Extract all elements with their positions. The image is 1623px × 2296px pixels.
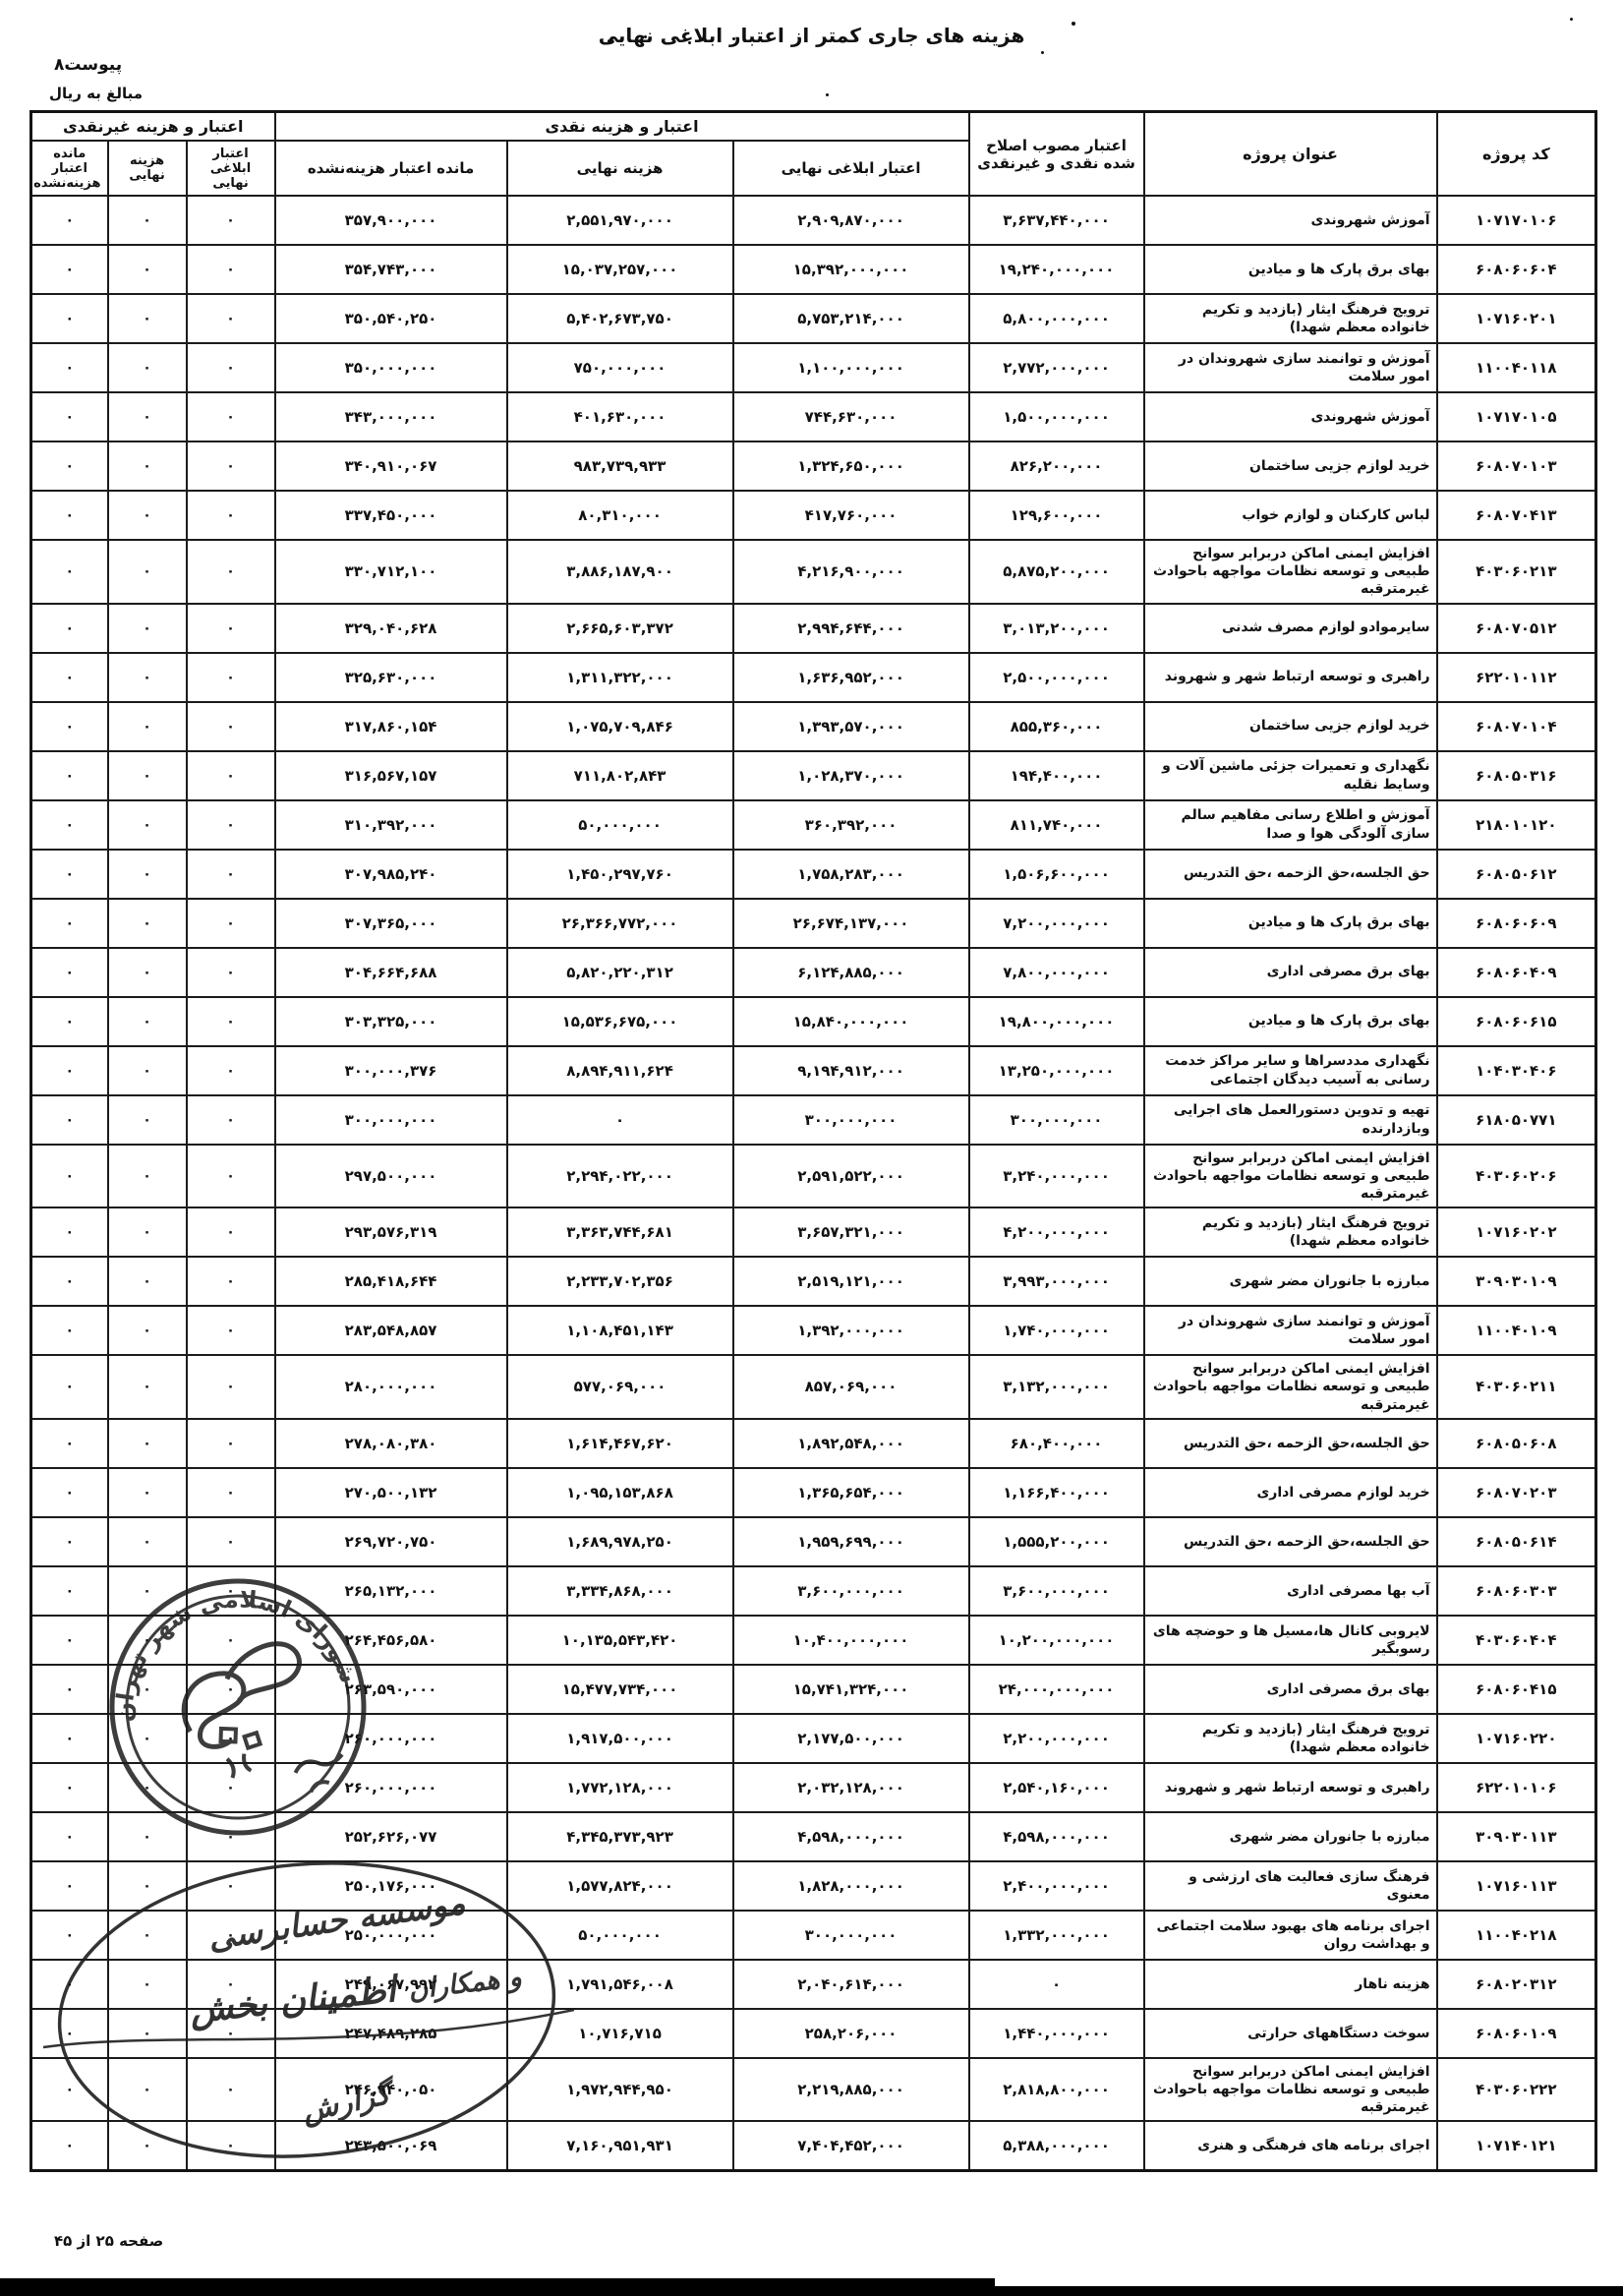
cell-cash-final-expense: ۱,۹۷۲,۹۴۴,۹۵۰	[507, 2058, 733, 2122]
cell-cash-final-expense: ۷,۱۶۰,۹۵۱,۹۳۱	[507, 2121, 733, 2170]
cell-cash-remaining: ۳۳۰,۷۱۲,۱۰۰	[275, 540, 507, 604]
cell-noncash-final-credit: ۰	[187, 997, 275, 1046]
cell-noncash-remaining: ۰	[31, 2121, 108, 2170]
table-row: ۶۰۸۰۵۰۶۱۲ حق الجلسه،حق الزحمه ،حق التدری…	[31, 850, 1596, 899]
cell-noncash-remaining: ۰	[31, 442, 108, 491]
scan-noise-dot	[1072, 22, 1075, 26]
cell-noncash-remaining: ۰	[31, 1566, 108, 1616]
cell-project-code: ۶۰۸۰۶۰۳۰۳	[1437, 1566, 1596, 1616]
cell-cash-final-credit: ۱,۷۵۸,۲۸۳,۰۰۰	[733, 850, 969, 899]
cell-noncash-final-credit: ۰	[187, 653, 275, 702]
cell-project-title: بهای برق پارک ها و میادین	[1144, 245, 1437, 294]
cell-cash-remaining: ۲۶۹,۷۲۰,۷۵۰	[275, 1517, 507, 1566]
table-row: ۶۱۸۰۵۰۷۷۱ تهیه و تدوین دستورالعمل های اج…	[31, 1095, 1596, 1145]
cell-cash-final-credit: ۱,۳۲۴,۶۵۰,۰۰۰	[733, 442, 969, 491]
cell-project-code: ۶۰۸۰۷۰۲۰۳	[1437, 1468, 1596, 1517]
scan-noise-dot	[644, 35, 647, 38]
table-row: ۶۰۸۰۵۰۳۱۶ نگهداری و تعمیرات جزئی ماشین آ…	[31, 751, 1596, 800]
table-row: ۶۰۸۰۶۰۳۰۳ آب بها مصرفی اداری ۳,۶۰۰,۰۰۰,۰…	[31, 1566, 1596, 1616]
table-row: ۱۰۷۱۶۰۲۲۰ ترویج فرهنگ ایثار (بازدید و تک…	[31, 1714, 1596, 1763]
cell-cash-final-credit: ۲,۲۱۹,۸۸۵,۰۰۰	[733, 2058, 969, 2122]
cell-approved-credit: ۳۰۰,۰۰۰,۰۰۰	[969, 1095, 1144, 1145]
cell-approved-credit: ۱۹,۲۴۰,۰۰۰,۰۰۰	[969, 245, 1144, 294]
cell-noncash-remaining: ۰	[31, 997, 108, 1046]
table-row: ۳۰۹۰۳۰۱۰۹ مبارزه با جانوران مضر شهری ۳,۹…	[31, 1257, 1596, 1306]
cell-project-code: ۴۰۳۰۶۰۲۱۱	[1437, 1355, 1596, 1419]
cell-noncash-final-expense: ۰	[108, 653, 187, 702]
cell-project-title: اجرای برنامه های فرهنگی و هنری	[1144, 2121, 1437, 2170]
cell-cash-final-expense: ۲۶,۳۶۶,۷۷۲,۰۰۰	[507, 899, 733, 948]
cell-cash-final-credit: ۲۶,۶۷۴,۱۳۷,۰۰۰	[733, 899, 969, 948]
cell-noncash-remaining: ۰	[31, 702, 108, 751]
col-header-noncash-final-credit: اعتبار ابلاغی نهایی	[187, 141, 275, 196]
cell-project-code: ۶۲۲۰۱۰۱۰۶	[1437, 1763, 1596, 1812]
cell-approved-credit: ۲۴,۰۰۰,۰۰۰,۰۰۰	[969, 1665, 1144, 1714]
cell-cash-remaining: ۲۴۳,۵۰۰,۰۶۹	[275, 2121, 507, 2170]
cell-approved-credit: ۱,۱۶۶,۴۰۰,۰۰۰	[969, 1468, 1144, 1517]
cell-project-code: ۶۰۸۰۵۰۳۱۶	[1437, 751, 1596, 800]
cell-cash-final-expense: ۷۱۱,۸۰۲,۸۴۳	[507, 751, 733, 800]
table-row: ۶۰۸۰۵۰۶۱۴ حق الجلسه،حق الزحمه ،حق التدری…	[31, 1517, 1596, 1566]
group-header-noncash: اعتبار و هزینه غیرنقدی	[31, 112, 275, 142]
cell-cash-remaining: ۲۵۲,۶۲۶,۰۷۷	[275, 1812, 507, 1861]
col-header-noncash-final-expense: هزینه نهایی	[108, 141, 187, 196]
cell-project-title: راهبری و توسعه ارتباط شهر و شهروند	[1144, 653, 1437, 702]
cell-noncash-remaining: ۰	[31, 1046, 108, 1095]
cell-noncash-final-expense: ۰	[108, 392, 187, 442]
cell-cash-final-expense: ۳,۳۶۳,۷۴۴,۶۸۱	[507, 1207, 733, 1257]
cell-noncash-final-credit: ۰	[187, 1665, 275, 1714]
cell-cash-final-credit: ۱,۳۹۳,۵۷۰,۰۰۰	[733, 702, 969, 751]
cell-noncash-remaining: ۰	[31, 604, 108, 653]
cell-noncash-remaining: ۰	[31, 1355, 108, 1419]
cell-noncash-final-credit: ۰	[187, 1145, 275, 1208]
cell-project-title: بهای برق مصرفی اداری	[1144, 948, 1437, 997]
cell-noncash-remaining: ۰	[31, 1517, 108, 1566]
cell-approved-credit: ۱۲۹,۶۰۰,۰۰۰	[969, 491, 1144, 540]
cell-cash-remaining: ۳۵۷,۹۰۰,۰۰۰	[275, 196, 507, 245]
cell-project-code: ۱۰۷۱۷۰۱۰۶	[1437, 196, 1596, 245]
cell-noncash-remaining: ۰	[31, 1257, 108, 1306]
cell-approved-credit: ۱,۵۰۶,۶۰۰,۰۰۰	[969, 850, 1144, 899]
cell-project-title: حق الجلسه،حق الزحمه ،حق التدریس	[1144, 1419, 1437, 1468]
cell-cash-remaining: ۲۶۴,۴۵۶,۵۸۰	[275, 1616, 507, 1665]
col-header-project-code: کد پروژه	[1437, 112, 1596, 197]
cell-noncash-final-credit: ۰	[187, 1517, 275, 1566]
cell-approved-credit: ۲,۸۱۸,۸۰۰,۰۰۰	[969, 2058, 1144, 2122]
cell-noncash-final-expense: ۰	[108, 850, 187, 899]
cell-cash-final-expense: ۱,۶۱۴,۴۶۷,۶۲۰	[507, 1419, 733, 1468]
table-row: ۱۰۷۱۷۰۱۰۵ آموزش شهروندی ۱,۵۰۰,۰۰۰,۰۰۰ ۷۴…	[31, 392, 1596, 442]
cell-noncash-remaining: ۰	[31, 948, 108, 997]
cell-cash-final-credit: ۳,۶۰۰,۰۰۰,۰۰۰	[733, 1566, 969, 1616]
cell-approved-credit: ۸۵۵,۳۶۰,۰۰۰	[969, 702, 1144, 751]
cell-cash-remaining: ۳۲۹,۰۴۰,۶۲۸	[275, 604, 507, 653]
cell-cash-final-expense: ۲,۲۹۴,۰۲۲,۰۰۰	[507, 1145, 733, 1208]
table-row: ۶۰۸۰۷۰۵۱۲ سایرموادو لوازم مصرف شدنی ۳,۰۱…	[31, 604, 1596, 653]
cell-cash-remaining: ۲۵۰,۰۰۰,۰۰۰	[275, 1911, 507, 1960]
cell-noncash-final-credit: ۰	[187, 1355, 275, 1419]
cell-cash-final-expense: ۵,۴۰۲,۶۷۳,۷۵۰	[507, 294, 733, 343]
cell-cash-final-credit: ۱,۳۶۵,۶۵۴,۰۰۰	[733, 1468, 969, 1517]
table-row: ۴۰۳۰۶۰۴۰۴ لایروبی کانال ها،مسیل ها و حوض…	[31, 1616, 1596, 1665]
cell-noncash-final-credit: ۰	[187, 196, 275, 245]
cell-approved-credit: ۲,۷۷۲,۰۰۰,۰۰۰	[969, 343, 1144, 392]
cell-noncash-remaining: ۰	[31, 294, 108, 343]
cell-cash-remaining: ۲۴۷,۴۸۹,۲۸۵	[275, 2009, 507, 2058]
cell-project-title: مبارزه با جانوران مضر شهری	[1144, 1257, 1437, 1306]
scan-noise-dot	[826, 93, 829, 96]
attachment-label: پیوست۸	[54, 55, 122, 75]
cell-project-code: ۱۱۰۰۴۰۲۱۸	[1437, 1911, 1596, 1960]
cell-project-code: ۴۰۳۰۶۰۴۰۴	[1437, 1616, 1596, 1665]
cell-approved-credit: ۸۲۶,۲۰۰,۰۰۰	[969, 442, 1144, 491]
cell-approved-credit: ۳,۲۴۰,۰۰۰,۰۰۰	[969, 1145, 1144, 1208]
cell-project-code: ۱۱۰۰۴۰۱۰۹	[1437, 1306, 1596, 1355]
cell-noncash-final-expense: ۰	[108, 948, 187, 997]
table-row: ۱۰۷۱۷۰۱۰۶ آموزش شهروندی ۳,۶۳۷,۴۴۰,۰۰۰ ۲,…	[31, 196, 1596, 245]
cell-cash-final-credit: ۱,۳۹۲,۰۰۰,۰۰۰	[733, 1306, 969, 1355]
cell-noncash-remaining: ۰	[31, 1911, 108, 1960]
cell-noncash-final-credit: ۰	[187, 1306, 275, 1355]
cell-cash-remaining: ۳۵۴,۷۴۳,۰۰۰	[275, 245, 507, 294]
cell-cash-final-credit: ۲,۹۰۹,۸۷۰,۰۰۰	[733, 196, 969, 245]
cell-cash-final-expense: ۱,۴۵۰,۲۹۷,۷۶۰	[507, 850, 733, 899]
cell-cash-final-credit: ۱۰,۴۰۰,۰۰۰,۰۰۰	[733, 1616, 969, 1665]
cell-cash-final-credit: ۸۵۷,۰۶۹,۰۰۰	[733, 1355, 969, 1419]
cell-approved-credit: ۲,۵۰۰,۰۰۰,۰۰۰	[969, 653, 1144, 702]
cell-project-title: آموزش شهروندی	[1144, 392, 1437, 442]
cell-cash-final-expense: ۵۰,۰۰۰,۰۰۰	[507, 1911, 733, 1960]
cell-approved-credit: ۳,۱۳۲,۰۰۰,۰۰۰	[969, 1355, 1144, 1419]
cell-cash-final-expense: ۴۰۱,۶۳۰,۰۰۰	[507, 392, 733, 442]
table-row: ۱۰۷۱۴۰۱۲۱ اجرای برنامه های فرهنگی و هنری…	[31, 2121, 1596, 2170]
cell-project-title: لایروبی کانال ها،مسیل ها و حوضچه های رسو…	[1144, 1616, 1437, 1665]
cell-noncash-final-credit: ۰	[187, 294, 275, 343]
group-header-cash: اعتبار و هزینه نقدی	[275, 112, 969, 142]
cell-noncash-final-credit: ۰	[187, 702, 275, 751]
cell-cash-final-expense: ۲,۶۶۵,۶۰۳,۳۷۲	[507, 604, 733, 653]
cell-noncash-final-credit: ۰	[187, 800, 275, 850]
cell-project-title: نگهداری و تعمیرات جزئی ماشین آلات و وسای…	[1144, 751, 1437, 800]
cell-noncash-remaining: ۰	[31, 850, 108, 899]
cell-noncash-final-expense: ۰	[108, 196, 187, 245]
cell-project-code: ۱۰۷۱۶۰۲۰۲	[1437, 1207, 1596, 1257]
cell-cash-remaining: ۳۴۳,۰۰۰,۰۰۰	[275, 392, 507, 442]
cell-noncash-final-credit: ۰	[187, 1861, 275, 1911]
cell-noncash-final-credit: ۰	[187, 1763, 275, 1812]
cell-cash-final-credit: ۴,۲۱۶,۹۰۰,۰۰۰	[733, 540, 969, 604]
cell-noncash-final-credit: ۰	[187, 1812, 275, 1861]
cell-cash-final-expense: ۱۰,۱۳۵,۵۴۳,۴۲۰	[507, 1616, 733, 1665]
cell-cash-final-expense: ۲,۵۵۱,۹۷۰,۰۰۰	[507, 196, 733, 245]
cell-cash-final-credit: ۳,۶۵۷,۳۲۱,۰۰۰	[733, 1207, 969, 1257]
cell-noncash-final-credit: ۰	[187, 540, 275, 604]
cell-noncash-final-expense: ۰	[108, 2121, 187, 2170]
cell-noncash-final-credit: ۰	[187, 1207, 275, 1257]
cell-cash-final-credit: ۱,۰۲۸,۳۷۰,۰۰۰	[733, 751, 969, 800]
scan-noise-dot	[1570, 18, 1573, 21]
cell-cash-final-credit: ۲,۱۷۷,۵۰۰,۰۰۰	[733, 1714, 969, 1763]
table-row: ۲۱۸۰۱۰۱۲۰ آموزش و اطلاع رسانی مفاهیم سال…	[31, 800, 1596, 850]
cell-cash-final-expense: ۹۸۳,۷۳۹,۹۳۳	[507, 442, 733, 491]
cell-project-title: آموزش و توانمند سازی شهروندان در امور سل…	[1144, 343, 1437, 392]
cell-noncash-final-credit: ۰	[187, 245, 275, 294]
table-row: ۶۰۸۰۶۰۶۱۵ بهای برق پارک ها و میادین ۱۹,۸…	[31, 997, 1596, 1046]
cell-noncash-remaining: ۰	[31, 1812, 108, 1861]
cell-cash-final-expense: ۱,۶۸۹,۹۷۸,۲۵۰	[507, 1517, 733, 1566]
cell-project-title: هزینه ناهار	[1144, 1960, 1437, 2009]
cell-project-title: خرید لوازم جزیی ساختمان	[1144, 442, 1437, 491]
table-row: ۱۰۷۱۶۰۱۱۳ فرهنگ سازی فعالیت های ارزشی و …	[31, 1861, 1596, 1911]
table-row: ۶۲۲۰۱۰۱۱۲ راهبری و توسعه ارتباط شهر و شه…	[31, 653, 1596, 702]
cell-project-code: ۱۰۷۱۷۰۱۰۵	[1437, 392, 1596, 442]
cell-project-title: سوخت دستگاههای حرارتی	[1144, 2009, 1437, 2058]
cell-project-title: حق الجلسه،حق الزحمه ،حق التدریس	[1144, 850, 1437, 899]
cell-noncash-final-expense: ۰	[108, 2009, 187, 2058]
cell-approved-credit: ۵,۸۰۰,۰۰۰,۰۰۰	[969, 294, 1144, 343]
cell-noncash-remaining: ۰	[31, 196, 108, 245]
cell-noncash-final-expense: ۰	[108, 1960, 187, 2009]
cell-noncash-remaining: ۰	[31, 2009, 108, 2058]
cell-cash-remaining: ۲۴۹,۰۶۷,۹۹۲	[275, 1960, 507, 2009]
cell-cash-remaining: ۳۰۳,۳۲۵,۰۰۰	[275, 997, 507, 1046]
cell-project-code: ۱۰۷۱۶۰۲۲۰	[1437, 1714, 1596, 1763]
cell-noncash-final-expense: ۰	[108, 1665, 187, 1714]
cell-noncash-final-expense: ۰	[108, 1861, 187, 1911]
cell-noncash-final-expense: ۰	[108, 899, 187, 948]
cell-noncash-final-expense: ۰	[108, 2058, 187, 2122]
cell-cash-final-expense: ۱,۷۹۱,۵۴۶,۰۰۸	[507, 1960, 733, 2009]
cell-project-title: افزایش ایمنی اماکن دربرابر سوانح طبیعی و…	[1144, 1145, 1437, 1208]
cell-cash-remaining: ۲۷۰,۵۰۰,۱۳۲	[275, 1468, 507, 1517]
cell-noncash-remaining: ۰	[31, 1665, 108, 1714]
cell-noncash-final-credit: ۰	[187, 1911, 275, 1960]
cell-cash-final-credit: ۱,۶۳۶,۹۵۲,۰۰۰	[733, 653, 969, 702]
cell-project-title: اجرای برنامه های بهبود سلامت اجتماعی و ب…	[1144, 1911, 1437, 1960]
cell-cash-final-credit: ۱,۹۵۹,۶۹۹,۰۰۰	[733, 1517, 969, 1566]
cell-approved-credit: ۳,۰۱۳,۲۰۰,۰۰۰	[969, 604, 1144, 653]
table-row: ۶۰۸۰۶۰۱۰۹ سوخت دستگاههای حرارتی ۱,۴۴۰,۰۰…	[31, 2009, 1596, 2058]
cell-noncash-remaining: ۰	[31, 800, 108, 850]
cell-project-code: ۶۰۸۰۶۰۶۱۵	[1437, 997, 1596, 1046]
scan-noise-dot	[732, 37, 735, 40]
cell-cash-remaining: ۲۶۵,۱۳۲,۰۰۰	[275, 1566, 507, 1616]
cell-noncash-final-expense: ۰	[108, 1566, 187, 1616]
cell-project-code: ۶۰۸۰۶۰۴۰۹	[1437, 948, 1596, 997]
cell-cash-final-credit: ۲,۵۱۹,۱۲۱,۰۰۰	[733, 1257, 969, 1306]
cell-noncash-remaining: ۰	[31, 343, 108, 392]
table-row: ۶۰۸۰۶۰۴۱۵ بهای برق مصرفی اداری ۲۴,۰۰۰,۰۰…	[31, 1665, 1596, 1714]
cell-noncash-remaining: ۰	[31, 1419, 108, 1468]
cell-cash-remaining: ۲۹۷,۵۰۰,۰۰۰	[275, 1145, 507, 1208]
cell-noncash-remaining: ۰	[31, 1960, 108, 2009]
cell-approved-credit: ۷,۲۰۰,۰۰۰,۰۰۰	[969, 899, 1144, 948]
col-header-noncash-remaining: مانده اعتبار هزینه‌نشده	[31, 141, 108, 196]
amounts-unit-note: مبالغ به ریال	[49, 85, 143, 102]
cell-cash-final-credit: ۳۶۰,۳۹۲,۰۰۰	[733, 800, 969, 850]
cell-noncash-final-expense: ۰	[108, 1306, 187, 1355]
cell-approved-credit: ۱,۴۴۰,۰۰۰,۰۰۰	[969, 2009, 1144, 2058]
cell-project-code: ۶۱۸۰۵۰۷۷۱	[1437, 1095, 1596, 1145]
cell-cash-remaining: ۳۵۰,۵۴۰,۲۵۰	[275, 294, 507, 343]
cell-project-code: ۶۲۲۰۱۰۱۱۲	[1437, 653, 1596, 702]
cell-project-title: حق الجلسه،حق الزحمه ،حق التدریس	[1144, 1517, 1437, 1566]
cell-approved-credit: ۸۱۱,۷۴۰,۰۰۰	[969, 800, 1144, 850]
cell-approved-credit: ۳,۶۳۷,۴۴۰,۰۰۰	[969, 196, 1144, 245]
cell-noncash-remaining: ۰	[31, 245, 108, 294]
cell-noncash-final-credit: ۰	[187, 1714, 275, 1763]
cell-cash-final-credit: ۲,۰۳۲,۱۲۸,۰۰۰	[733, 1763, 969, 1812]
table-row: ۱۰۷۱۶۰۲۰۱ ترویج فرهنگ ایثار (بازدید و تک…	[31, 294, 1596, 343]
cell-cash-remaining: ۳۰۰,۰۰۰,۰۰۰	[275, 1095, 507, 1145]
cell-noncash-final-expense: ۰	[108, 997, 187, 1046]
cell-cash-final-credit: ۱,۸۲۸,۰۰۰,۰۰۰	[733, 1861, 969, 1911]
table-row: ۱۰۴۰۳۰۴۰۶ نگهداری مددسراها و سایر مراکز …	[31, 1046, 1596, 1095]
table-row: ۴۰۳۰۶۰۲۱۱ افزایش ایمنی اماکن دربرابر سوا…	[31, 1355, 1596, 1419]
cell-cash-final-credit: ۱۵,۳۹۲,۰۰۰,۰۰۰	[733, 245, 969, 294]
cell-noncash-final-expense: ۰	[108, 540, 187, 604]
cell-noncash-remaining: ۰	[31, 1207, 108, 1257]
cell-cash-remaining: ۲۶۰,۰۰۰,۰۰۰	[275, 1763, 507, 1812]
cell-cash-final-expense: ۲,۲۳۳,۷۰۲,۳۵۶	[507, 1257, 733, 1306]
cell-cash-final-credit: ۷,۴۰۴,۴۵۲,۰۰۰	[733, 2121, 969, 2170]
cell-cash-final-credit: ۶,۱۲۴,۸۸۵,۰۰۰	[733, 948, 969, 997]
cell-noncash-final-credit: ۰	[187, 899, 275, 948]
cell-noncash-final-expense: ۰	[108, 343, 187, 392]
cell-noncash-final-expense: ۰	[108, 442, 187, 491]
cell-cash-final-credit: ۷۴۴,۶۳۰,۰۰۰	[733, 392, 969, 442]
col-header-project-title: عنوان پروژه	[1144, 112, 1437, 197]
cell-cash-final-credit: ۹,۱۹۴,۹۱۲,۰۰۰	[733, 1046, 969, 1095]
cell-cash-final-credit: ۱,۸۹۲,۵۴۸,۰۰۰	[733, 1419, 969, 1468]
cell-noncash-final-expense: ۰	[108, 1145, 187, 1208]
cell-project-title: افزایش ایمنی اماکن دربرابر سوانح طبیعی و…	[1144, 2058, 1437, 2122]
cell-project-code: ۱۰۴۰۳۰۴۰۶	[1437, 1046, 1596, 1095]
cell-cash-final-expense: ۱,۱۰۸,۴۵۱,۱۴۳	[507, 1306, 733, 1355]
cell-noncash-final-credit: ۰	[187, 343, 275, 392]
cell-cash-final-credit: ۲,۵۹۱,۵۲۲,۰۰۰	[733, 1145, 969, 1208]
cell-cash-final-expense: ۱,۰۷۵,۷۰۹,۸۴۶	[507, 702, 733, 751]
cell-cash-remaining: ۲۶۳,۵۹۰,۰۰۰	[275, 1665, 507, 1714]
cell-noncash-final-credit: ۰	[187, 1566, 275, 1616]
scan-noise-dot	[688, 41, 691, 44]
cell-noncash-final-expense: ۰	[108, 1468, 187, 1517]
table-row: ۱۱۰۰۴۰۱۱۸ آموزش و توانمند سازی شهروندان …	[31, 343, 1596, 392]
cell-noncash-final-credit: ۰	[187, 1257, 275, 1306]
cell-noncash-final-expense: ۰	[108, 245, 187, 294]
page-title: هزینه های جاری کمتر از اعتبار ابلاغی نها…	[0, 24, 1623, 47]
cell-approved-credit: ۰	[969, 1960, 1144, 2009]
cell-project-code: ۶۰۸۰۶۰۴۱۵	[1437, 1665, 1596, 1714]
cell-noncash-final-expense: ۰	[108, 702, 187, 751]
cell-cash-final-expense: ۴,۳۴۵,۳۷۳,۹۲۳	[507, 1812, 733, 1861]
cell-project-title: مبارزه با جانوران مضر شهری	[1144, 1812, 1437, 1861]
cell-approved-credit: ۱۰,۲۰۰,۰۰۰,۰۰۰	[969, 1616, 1144, 1665]
cell-noncash-final-credit: ۰	[187, 751, 275, 800]
cell-noncash-final-credit: ۰	[187, 2058, 275, 2122]
cell-project-code: ۴۰۳۰۶۰۲۰۶	[1437, 1145, 1596, 1208]
cell-approved-credit: ۴,۲۰۰,۰۰۰,۰۰۰	[969, 1207, 1144, 1257]
table-row: ۱۱۰۰۴۰۲۱۸ اجرای برنامه های بهبود سلامت ا…	[31, 1911, 1596, 1960]
cell-noncash-final-credit: ۰	[187, 2009, 275, 2058]
cell-project-title: خرید لوازم جزیی ساختمان	[1144, 702, 1437, 751]
cell-project-code: ۶۰۸۰۶۰۶۰۴	[1437, 245, 1596, 294]
cell-noncash-final-credit: ۰	[187, 604, 275, 653]
cell-cash-remaining: ۳۵۰,۰۰۰,۰۰۰	[275, 343, 507, 392]
table-row: ۶۲۲۰۱۰۱۰۶ راهبری و توسعه ارتباط شهر و شه…	[31, 1763, 1596, 1812]
cell-noncash-final-credit: ۰	[187, 1468, 275, 1517]
cell-noncash-final-credit: ۰	[187, 1616, 275, 1665]
cell-project-title: آب بها مصرفی اداری	[1144, 1566, 1437, 1616]
cell-project-title: بهای برق پارک ها و میادین	[1144, 899, 1437, 948]
cell-noncash-final-expense: ۰	[108, 1046, 187, 1095]
cell-project-code: ۶۰۸۰۵۰۶۱۴	[1437, 1517, 1596, 1566]
cell-noncash-final-credit: ۰	[187, 1046, 275, 1095]
expenses-table: کد پروژه عنوان پروژه اعتبار مصوب اصلاح ش…	[29, 110, 1597, 2172]
cell-project-code: ۳۰۹۰۳۰۱۰۹	[1437, 1257, 1596, 1306]
cell-cash-final-credit: ۱,۱۰۰,۰۰۰,۰۰۰	[733, 343, 969, 392]
cell-cash-final-credit: ۴,۵۹۸,۰۰۰,۰۰۰	[733, 1812, 969, 1861]
cell-project-code: ۱۰۷۱۴۰۱۲۱	[1437, 2121, 1596, 2170]
cell-project-code: ۶۰۸۰۷۰۱۰۳	[1437, 442, 1596, 491]
cell-noncash-final-credit: ۰	[187, 1419, 275, 1468]
cell-cash-final-credit: ۱۵,۷۴۱,۳۲۴,۰۰۰	[733, 1665, 969, 1714]
cell-cash-final-expense: ۵,۸۲۰,۲۲۰,۳۱۲	[507, 948, 733, 997]
cell-approved-credit: ۱۹۴,۴۰۰,۰۰۰	[969, 751, 1144, 800]
cell-cash-remaining: ۲۸۳,۵۴۸,۸۵۷	[275, 1306, 507, 1355]
cell-noncash-remaining: ۰	[31, 2058, 108, 2122]
cell-approved-credit: ۲,۲۰۰,۰۰۰,۰۰۰	[969, 1714, 1144, 1763]
cell-noncash-final-expense: ۰	[108, 1714, 187, 1763]
cell-noncash-final-credit: ۰	[187, 2121, 275, 2170]
cell-cash-remaining: ۲۴۶,۹۴۰,۰۵۰	[275, 2058, 507, 2122]
cell-project-title: آموزش و توانمند سازی شهروندان در امور سل…	[1144, 1306, 1437, 1355]
scan-noise-dot	[608, 39, 611, 43]
cell-project-title: لباس کارکنان و لوازم خواب	[1144, 491, 1437, 540]
cell-approved-credit: ۱۳,۲۵۰,۰۰۰,۰۰۰	[969, 1046, 1144, 1095]
cell-cash-remaining: ۳۱۶,۵۶۷,۱۵۷	[275, 751, 507, 800]
cell-cash-final-expense: ۱,۵۷۷,۸۲۴,۰۰۰	[507, 1861, 733, 1911]
scan-edge-artifact	[0, 2278, 995, 2296]
cell-project-code: ۴۰۳۰۶۰۲۱۳	[1437, 540, 1596, 604]
col-header-cash-remaining: مانده اعتبار هزینه‌نشده	[275, 141, 507, 196]
table-row: ۴۰۳۰۶۰۲۱۳ افزایش ایمنی اماکن دربرابر سوا…	[31, 540, 1596, 604]
cell-cash-final-expense: ۷۵۰,۰۰۰,۰۰۰	[507, 343, 733, 392]
scanned-document-page: هزینه های جاری کمتر از اعتبار ابلاغی نها…	[0, 0, 1623, 2296]
cell-cash-remaining: ۳۱۰,۳۹۲,۰۰۰	[275, 800, 507, 850]
cell-cash-final-credit: ۲,۹۹۴,۶۴۴,۰۰۰	[733, 604, 969, 653]
cell-project-code: ۶۰۸۰۵۰۶۰۸	[1437, 1419, 1596, 1468]
cell-project-code: ۴۰۳۰۶۰۲۲۲	[1437, 2058, 1596, 2122]
cell-noncash-remaining: ۰	[31, 1095, 108, 1145]
cell-approved-credit: ۱,۳۳۲,۰۰۰,۰۰۰	[969, 1911, 1144, 1960]
cell-cash-final-credit: ۲۵۸,۲۰۶,۰۰۰	[733, 2009, 969, 2058]
cell-project-title: بهای برق پارک ها و میادین	[1144, 997, 1437, 1046]
cell-approved-credit: ۷,۸۰۰,۰۰۰,۰۰۰	[969, 948, 1144, 997]
cell-noncash-final-expense: ۰	[108, 604, 187, 653]
cell-noncash-final-expense: ۰	[108, 1517, 187, 1566]
table-row: ۱۰۷۱۶۰۲۰۲ ترویج فرهنگ ایثار (بازدید و تک…	[31, 1207, 1596, 1257]
cell-cash-remaining: ۳۰۷,۹۸۵,۲۴۰	[275, 850, 507, 899]
table-row: ۶۰۸۰۷۰۲۰۳ خرید لوازم مصرفی اداری ۱,۱۶۶,۴…	[31, 1468, 1596, 1517]
table-row: ۳۰۹۰۳۰۱۱۳ مبارزه با جانوران مضر شهری ۴,۵…	[31, 1812, 1596, 1861]
cell-approved-credit: ۵,۳۸۸,۰۰۰,۰۰۰	[969, 2121, 1144, 2170]
cell-noncash-remaining: ۰	[31, 491, 108, 540]
cell-noncash-final-expense: ۰	[108, 751, 187, 800]
cell-noncash-final-credit: ۰	[187, 1960, 275, 2009]
cell-project-title: خرید لوازم مصرفی اداری	[1144, 1468, 1437, 1517]
